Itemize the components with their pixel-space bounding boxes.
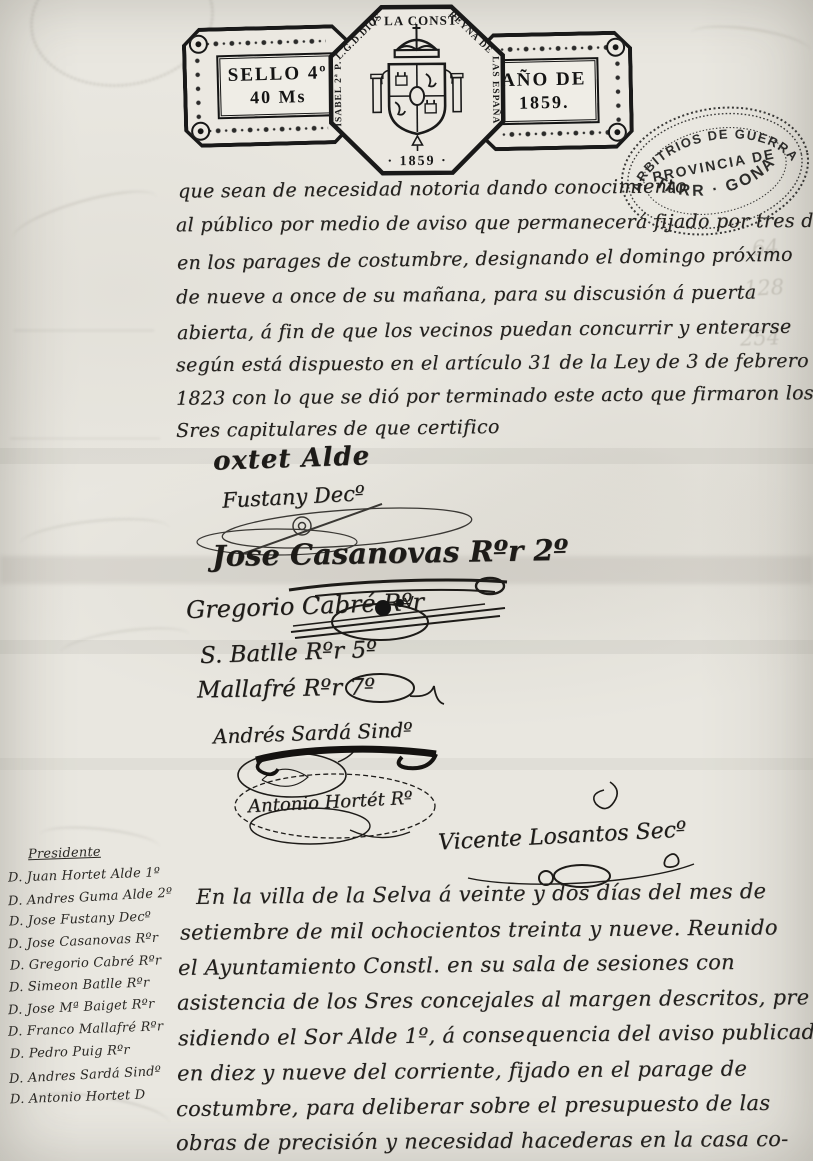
handwritten-line: obras de precisión y necesidad hacederas… (176, 1127, 789, 1155)
signature-fustany: Fustany Decº (221, 481, 365, 512)
octagon-legend-bottom: · 1859 · (387, 154, 447, 170)
margin-list-item: D. Gregorio Cabré Rºr (10, 953, 162, 973)
manuscript-page: 64 128 254 SELLO 4º 40 Ms AÑO DE (0, 0, 813, 1161)
margin-list-item: D. Franco Mallafré Rºr (8, 1019, 164, 1039)
signature-mallafre: Mallafré Rºr 7º (197, 674, 375, 703)
paper-streak (0, 640, 813, 654)
margin-list-item: D. Pedro Puig Rºr (10, 1043, 130, 1062)
signature-cabre: Gregorio Cabré Rºr (186, 588, 425, 624)
handwritten-line: Sres capitulares de que certifico (176, 416, 500, 442)
handwritten-line: al público por medio de aviso que perman… (176, 210, 813, 237)
margin-list-item: D. Antonio Hortet D (10, 1088, 146, 1108)
ornament-row (500, 40, 608, 57)
margin-list-item: D. Andres Sardá Sindº (9, 1064, 162, 1087)
stamp-year-text2: 1859. (519, 92, 570, 115)
margin-list-item: D. Jose Mª Baiget Rºr (8, 997, 155, 1018)
handwritten-line: el Ayuntamiento Constl. en su sala de se… (178, 950, 735, 980)
handwritten-line: asistencia de los Sres concejales al mar… (177, 985, 810, 1015)
margin-list-item: D. Simeon Batlle Rºr (9, 976, 150, 996)
margin-list-item: D. Jose Casanovas Rºr (8, 931, 159, 953)
handwritten-line: En la villa de la Selva á veinte y dos d… (196, 879, 767, 909)
spiral-flourish (590, 780, 624, 826)
stamp-denomination-label: SELLO 4º 40 Ms (216, 52, 340, 119)
handwritten-line: setiembre de mil ochocientos treinta y n… (180, 915, 778, 944)
stamp-year-text1: AÑO DE (501, 68, 587, 94)
signature-secretario: Vicente Losantos Secº (438, 818, 687, 856)
handwritten-line: de nueve a once de su mañana, para su di… (176, 281, 757, 308)
margin-list-item: D. Andres Guma Alde 2º (8, 886, 173, 910)
handwritten-line: que sean de necesidad notoria dando cono… (178, 175, 687, 202)
ornament-column (610, 57, 625, 123)
handwritten-line: abierta, á fin de que los vecinos puedan… (177, 316, 792, 344)
margin-list-item: D. Juan Hortet Alde 1º (8, 865, 161, 885)
margin-list-item: D. Jose Fustany Decº (9, 910, 152, 930)
signature-casanovas: Jose Casanovas Rºr 2º (212, 533, 569, 573)
handwritten-line: en los parages de costumbre, designando … (177, 244, 793, 275)
ornament-row (502, 125, 610, 142)
margin-list-header: Presidente (28, 845, 101, 863)
revenue-stamp-octagon: Y LA CONST· ISABEL 2ª P.L.G.D.DIOS REYNA… (324, 1, 510, 179)
ghost-writing (10, 438, 160, 439)
stamp-class-text: SELLO 4º (227, 62, 327, 88)
signature-antonio-hortet: Antonio Hortét Rº (248, 788, 413, 818)
paper-streak (0, 448, 813, 464)
signature-batlle: S. Batlle Rºr 5º (200, 637, 378, 669)
ghost-writing (8, 180, 162, 256)
ornament-column (190, 54, 206, 122)
paper-streak (0, 758, 813, 770)
handwritten-line: sidiendo el Sor Alde 1º, á consequencia … (178, 1020, 813, 1051)
handwritten-line: según está dispuesto en el artículo 31 d… (176, 350, 813, 377)
heavy-flourish-stroke (250, 742, 445, 782)
handwritten-line: 1823 con lo que se dió por terminado est… (176, 382, 813, 410)
ghost-writing (689, 20, 812, 64)
ghost-writing (59, 621, 192, 667)
handwritten-line: en diez y nueve del corriente, fijado en… (177, 1057, 747, 1086)
stamp-value-text: 40 Ms (250, 86, 307, 109)
ornament-row (208, 120, 328, 138)
ghost-writing (14, 330, 154, 331)
handwritten-line: costumbre, para deliberar sobre el presu… (176, 1091, 771, 1121)
ornament-row (206, 33, 326, 51)
signature-alcalde: oxtet Alde (213, 441, 371, 476)
signature-sarda: Andrés Sardá Sindº (213, 718, 413, 749)
ghost-writing (19, 512, 172, 560)
